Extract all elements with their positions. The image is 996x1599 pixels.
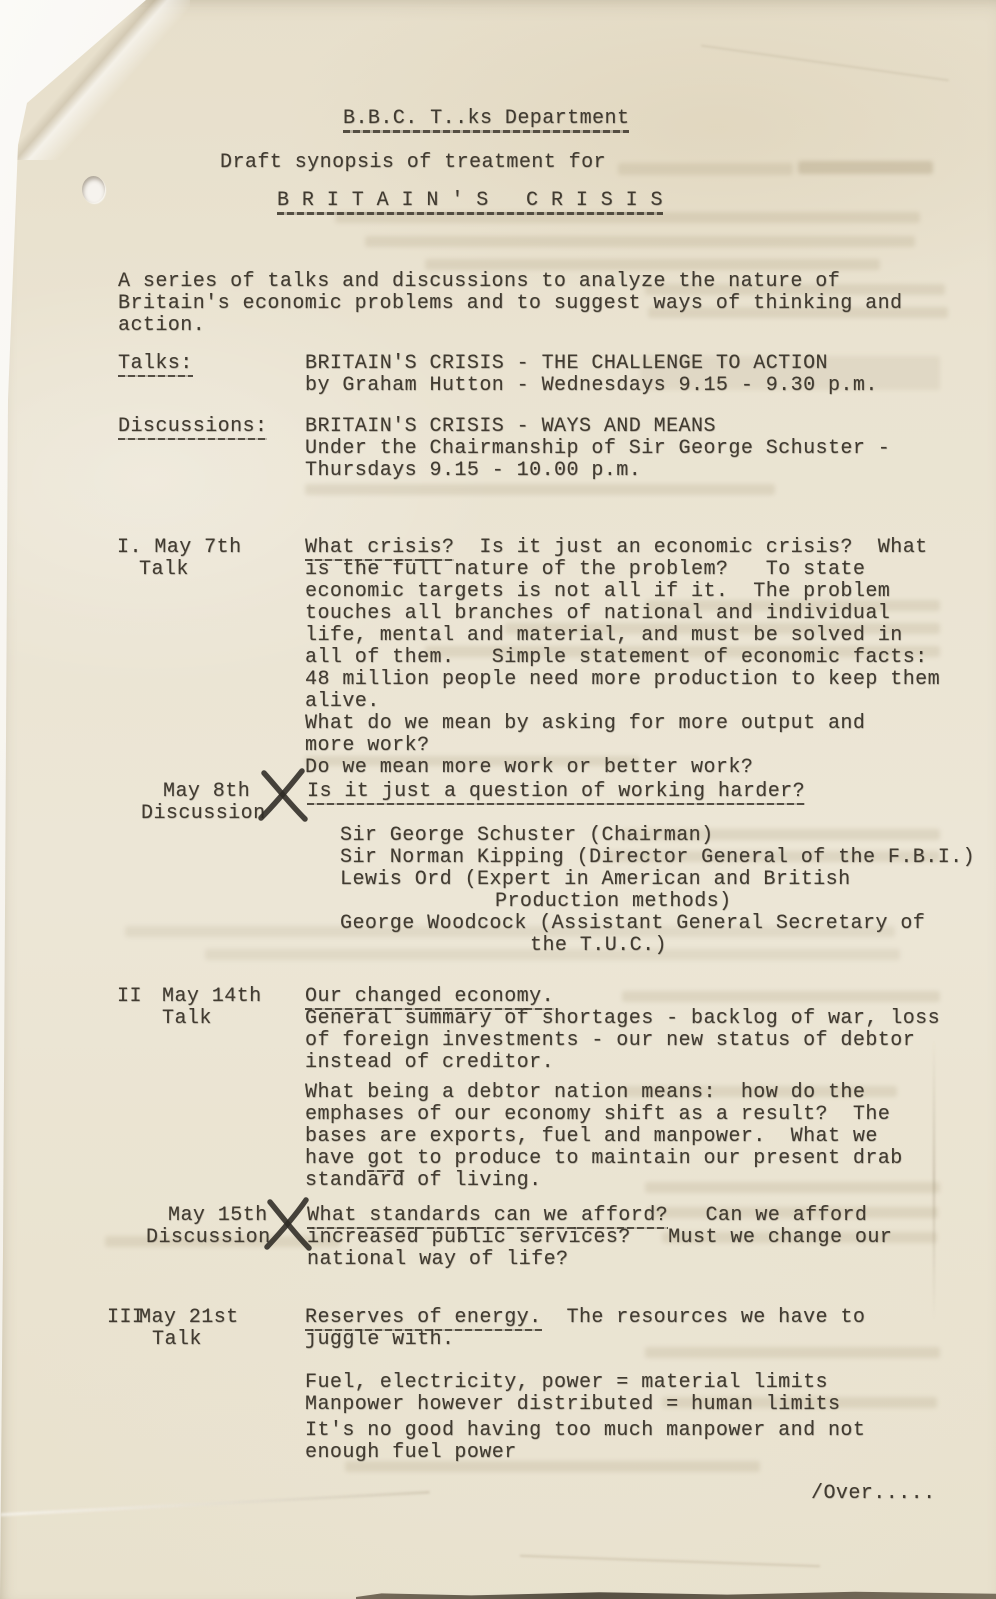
discussions-line: Under the Chairmanship of Sir George Sch… (305, 438, 890, 460)
section3-body-line: enough fuel power (305, 1442, 517, 1464)
punch-hole (82, 176, 105, 203)
section2-body-line: emphases of our economy shift as a resul… (305, 1104, 890, 1126)
section3-heading-rest: The resources we have to (542, 1306, 866, 1329)
participant: Lewis Ord (Expert in American and Britis… (340, 869, 851, 891)
section2-body-line: bases are exports, fuel and manpower. Wh… (305, 1126, 878, 1148)
got-line-post: to produce to maintain our present drab (405, 1147, 903, 1170)
section1-body-line: more work? (305, 735, 430, 757)
talks-line: by Graham Hutton - Wednesdays 9.15 - 9.3… (305, 375, 878, 397)
discussion1-heading-line: Is it just a question of working harder? (307, 781, 805, 803)
section3-heading-line: Reserves of energy. The resources we hav… (305, 1307, 865, 1329)
discussion1-kind: Discussion (141, 803, 266, 825)
section1-body-line: Do we mean more work or better work? (305, 757, 753, 779)
discussion1-heading: Is it just a question of working harder? (307, 780, 805, 805)
section3-body-line: Fuel, electricity, power = material limi… (305, 1372, 828, 1394)
discussions-line: BRITAIN'S CRISIS - WAYS AND MEANS (305, 416, 716, 438)
bleedthrough-mark (645, 1182, 940, 1193)
section1-body-line: touches all branches of national and ind… (305, 603, 890, 625)
section1-body-line: is the full nature of the problem? To st… (305, 559, 865, 581)
section2-kind: Talk (162, 1008, 212, 1030)
bleedthrough-mark (622, 991, 940, 1002)
section2-body-line: of foreign investments - our new status … (305, 1030, 915, 1052)
section2-heading-line: Our changed economy. (305, 986, 554, 1008)
section1-heading-line: What crisis? Is it just an economic cris… (305, 537, 928, 559)
discussion2-kind: Discussion (146, 1227, 271, 1249)
talks-line: BRITAIN'S CRISIS - THE CHALLENGE TO ACTI… (305, 353, 828, 375)
header-department: B.B.C. T..ks Department (343, 108, 629, 133)
section1-kind: Talk (139, 559, 189, 581)
paper-crease (520, 1555, 820, 1567)
discussion2-body-line: increased public services? Must we chang… (307, 1227, 892, 1249)
participant-continuation: the T.U.C.) (530, 935, 667, 957)
handwritten-x-icon (265, 1196, 313, 1252)
document-title: B R I T A I N ' S C R I S I S (277, 190, 663, 215)
bleedthrough-mark (618, 163, 793, 175)
participant: Sir George Schuster (Chairman) (340, 825, 714, 847)
section3-date: May 21st (139, 1307, 239, 1329)
participant: George Woodcock (Assistant General Secre… (340, 913, 925, 935)
bleedthrough-mark (305, 484, 775, 495)
section2-number: II (117, 986, 142, 1008)
section1-body-line: What do we mean by asking for more outpu… (305, 713, 865, 735)
participant-continuation: Production methods) (495, 891, 732, 913)
scanned-document: { "colors": { "paper": "#eae3d1", "ink":… (0, 0, 996, 1599)
section1-body-line: all of them. Simple statement of economi… (305, 647, 928, 669)
section3-body-line: juggle with. (305, 1329, 454, 1351)
bleedthrough-mark (365, 236, 915, 247)
discussion2-date: May 15th (168, 1205, 268, 1227)
paper-crease (933, 1040, 935, 1320)
section3-body-line: It's no good having too much manpower an… (305, 1420, 865, 1442)
paper-crease (0, 1491, 430, 1517)
section2-body-line: instead of creditor. (305, 1052, 554, 1074)
section2-body-line: standard of living. (305, 1170, 542, 1192)
section3-kind: Talk (152, 1329, 202, 1351)
section1-body-line: 48 million people need more production t… (305, 669, 940, 691)
section3-body-line: Manpower however distributed = human lim… (305, 1394, 840, 1416)
section2-date: May 14th (162, 986, 262, 1008)
handwritten-x-icon (258, 766, 310, 822)
section1-heading-rest: Is it just an economic crisis? What (454, 536, 927, 559)
header-subtitle: Draft synopsis of treatment for (220, 152, 606, 174)
section2-body-line: General summary of shortages - backlog o… (305, 1008, 940, 1030)
intro-line: A series of talks and discussions to ana… (118, 271, 840, 293)
bleedthrough-mark (425, 259, 880, 270)
discussions-label: Discussions: (118, 416, 267, 440)
discussion2-body-line: national way of life? (307, 1249, 569, 1271)
section1-body-line: life, mental and material, and must be s… (305, 625, 903, 647)
paper-crease (701, 45, 949, 82)
talks-label: Talks: (118, 353, 193, 377)
got-line-pre: have (305, 1147, 367, 1170)
section2-got-line: have got to produce to maintain our pres… (305, 1148, 903, 1170)
section1-body-line: economic targets is not all if it. The p… (305, 581, 890, 603)
discussion1-date: May 8th (163, 781, 250, 803)
over-marker: /Over..... (811, 1483, 936, 1505)
paper-sheet: B.B.C. T..ks Department Draft synopsis o… (0, 0, 996, 1599)
discussion2-heading-line: What standards can we afford? Can we aff… (307, 1205, 867, 1227)
intro-line: action. (118, 315, 205, 337)
discussions-line: Thursdays 9.15 - 10.00 p.m. (305, 460, 641, 482)
folded-corner (0, 0, 190, 160)
intro-line: Britain's economic problems and to sugge… (118, 293, 902, 315)
section2-body-line: What being a debtor nation means: how do… (305, 1082, 865, 1104)
discussion2-heading-rest: Can we afford (668, 1204, 867, 1227)
section1-label: I. May 7th (117, 537, 242, 559)
bleedthrough-mark (645, 1347, 940, 1358)
participant: Sir Norman Kipping (Director General of … (340, 847, 975, 869)
section1-body-line: alive. (305, 691, 380, 713)
bleedthrough-mark (798, 161, 933, 174)
